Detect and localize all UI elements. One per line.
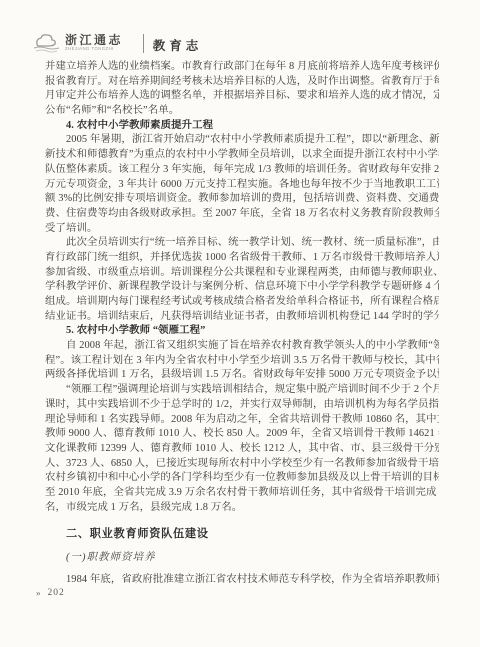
paragraph: 1984 年底，省政府批准建立浙江省农村技术师范专科学校，作为全省培养职教师资的… [45, 573, 439, 588]
text-line: 学科教学评价、新课程教学设计与案例分析、信息环境下中小学学科教学专题研修 4 个… [45, 280, 439, 295]
text-line: 5. 农村中小学教师 “领雁工程” [45, 324, 439, 339]
text-line: 2005 年暑期，浙江省开始启动“农村中小学教师素质提升工程”，即以“新理念、新… [45, 133, 439, 148]
text-line: 1984 年底，省政府批准建立浙江省农村技术师范专科学校，作为全省培养职教师资的… [45, 573, 439, 588]
paragraph: 并建立培养人选的业绩档案。市教育行政部门在每年 8 月底前将培养人选年度考核评价… [45, 60, 439, 119]
volume-title: 教育志 [153, 33, 203, 54]
text-line: 人、3723 人、6850 人，已接近实现每所农村中小学校至少有一名教师参加省级… [45, 457, 439, 472]
text-line: 名，市级完成 1 万名，县级完成 1.8 万名。 [45, 501, 439, 516]
paragraph: 此次全员培训实行“统一培养目标、统一教学计划、统一教材、统一质量标准”，由县级教… [45, 236, 439, 324]
text-line: 4. 农村中小学教师素质提升工程 [45, 119, 439, 134]
text-line: 组成。培训期内每门课程经考试或考核成绩合格者发给单科合格证书，所有课程合格后发给 [45, 295, 439, 310]
text-line: 结业证书。培训结束后，凡获得培训结业证书者，由教师培训机构登记 144 学时的学… [45, 310, 439, 325]
text-line: 并建立培养人选的业绩档案。市教育行政部门在每年 8 月底前将培养人选年度考核评价… [45, 60, 439, 75]
paragraph: 2005 年暑期，浙江省开始启动“农村中小学教师素质提升工程”，即以“新理念、新… [45, 133, 439, 236]
text-line: 文化课教师 12399 人、德育教师 1010 人、校长 1212 人，其中省、… [45, 442, 439, 457]
header-divider [143, 34, 144, 53]
text-line: 月审定并公布培养人选的调整名单，并根据培养目标、要求和培养人选的成才情况，定期审… [45, 89, 439, 104]
paragraph: “领雁工程”强调理论培训与实践培训相结合，规定集中脱产培训时间不少于 2 个月、… [45, 383, 439, 515]
text-line: “领雁工程”强调理论培训与实践培训相结合，规定集中脱产培训时间不少于 2 个月、… [45, 383, 439, 398]
text-line: 课时，其中实践培训不少于总学时的 1/2，并实行双导师制，由培训机构为每名学员指… [45, 398, 439, 413]
brand-title: 浙江通志 [65, 34, 133, 46]
cloud-emblem-icon [33, 32, 60, 54]
page-marker-icon: » [36, 588, 42, 598]
text-line: 至 2010 年底，全省共完成 3.9 万余名农村骨干教师培训任务，其中省级骨干… [45, 486, 439, 501]
text-line: 此次全员培训实行“统一培养目标、统一教学计划、统一教材、统一质量标准”，由县级教 [45, 236, 439, 251]
text-line: 报省教育厅。对在培养期间经考核未达培养目标的人选，及时作出调整。省教育厅于每年 … [45, 75, 439, 90]
sub-heading: (一)职教师资培养 [45, 551, 439, 566]
text-line: 二、职业教育师资队伍建设 [45, 527, 439, 542]
text-line: 两级各择优培训 1 万名，县级培训 1.5 万名。省财政每年安排 5000 万元… [45, 368, 439, 383]
document-body: 并建立培养人选的业绩档案。市教育行政部门在每年 8 月底前将培养人选年度考核评价… [45, 60, 439, 587]
text-line: 教师 9000 人、德育教师 1010 人、校长 850 人。2009 年，全省… [45, 427, 439, 442]
paragraph: 自 2008 年起，浙江省又组织实施了旨在培养农村教育教学领头人的中小学教师“领… [45, 339, 439, 383]
num-heading: 4. 农村中小学教师素质提升工程 [45, 119, 439, 134]
text-line: 受了培训。 [45, 222, 439, 237]
text-line: 新技术和师德教育”为重点的农村中小学教师全员培训，以求全面提升浙江农村中小学教师 [45, 148, 439, 163]
text-line: 队伍整体素质。该工程分 3 年实施，每年完成 1/3 教师的培训任务。省财政每年… [45, 163, 439, 178]
page-footer: » 202 [36, 588, 65, 598]
brand-text: 浙江通志 ZHEJIANG TONGZHI [65, 34, 133, 53]
text-line: 程”。该工程计划在 3 年内为全省农村中小学至少培训 3.5 万名骨干教师与校长… [45, 354, 439, 369]
text-line: 公布“名师”和“名校长”名单。 [45, 104, 439, 119]
page-header: 浙江通志 ZHEJIANG TONGZHI 教育志 [33, 28, 202, 58]
num-heading: 5. 农村中小学教师 “领雁工程” [45, 324, 439, 339]
text-line: 自 2008 年起，浙江省又组织实施了旨在培养农村教育教学领头人的中小学教师“领… [45, 339, 439, 354]
text-line: 参加省级、市级重点培训。培训课程分公共课程和专业课程两类，由师德与教师职业、新课… [45, 266, 439, 281]
text-line: 万元专项资金，3 年共计 6000 万元支持工程实施。各地也每年按不少于当地教职… [45, 178, 439, 193]
page-number: 202 [48, 588, 65, 598]
text-line: 理论导师和 1 名实践导师。2008 年为启动之年，全省共培训骨干教师 1086… [45, 413, 439, 428]
text-line: 农村乡镇初中和中心小学的各门学科均至少有一位教师参加县级及以上骨干培训的目标。 [45, 471, 439, 486]
text-line: 额 3%的比例安排专项培训资金。教师参加培训的费用，包括培训费、资料费、交通费、… [45, 192, 439, 207]
text-line: 育行政部门统一组织，并择优选拔 1000 名省级骨干教师、1 万名市级骨干教师培… [45, 251, 439, 266]
text-line: 费、住宿费等均由各级财政承担。至 2007 年底，全省 18 万名农村义务教育阶… [45, 207, 439, 222]
brand-subtitle: ZHEJIANG TONGZHI [65, 47, 114, 51]
section-heading: 二、职业教育师资队伍建设 [45, 527, 439, 542]
text-line: (一)职教师资培养 [45, 551, 439, 566]
scanned-book-page: 浙江通志 ZHEJIANG TONGZHI 教育志 并建立培养人选的业绩档案。市… [0, 0, 480, 647]
